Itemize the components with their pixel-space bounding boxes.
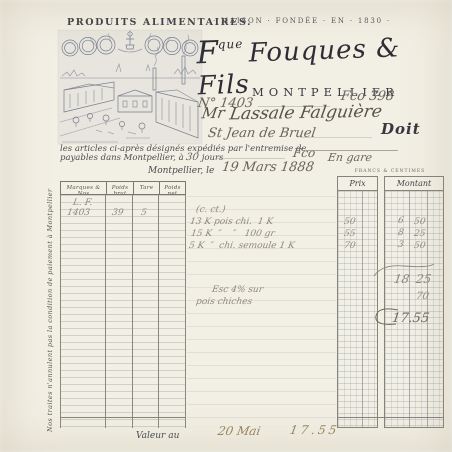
discount-line2: pois chiches — [195, 297, 253, 307]
price-header: Prix — [338, 177, 377, 191]
factory-illustration — [56, 26, 204, 148]
terms-dash — [215, 158, 285, 159]
left-table-bottom-rule — [60, 417, 186, 418]
discount-amount: 70 — [415, 291, 429, 302]
mark-number: 1403 — [66, 208, 90, 218]
item-desc-3: 5 K ″ chi. semoule 1 K — [188, 241, 295, 251]
weight-tare: 5 — [140, 208, 147, 218]
client-salutation: Mr — [201, 104, 226, 122]
dateline-label: Montpellier, le — [148, 166, 214, 176]
side-note: Nos traites n'annulent pas la condition … — [46, 188, 54, 432]
item-amount-fr-1: 6 — [397, 216, 404, 226]
price-subdivider — [362, 191, 363, 427]
col-brut — [106, 195, 133, 428]
terms-line2-text: payables dans Montpellier, à — [60, 153, 184, 163]
col-net-header: Poids net — [159, 181, 186, 195]
doit-label: Doit — [381, 120, 421, 138]
discount-line1: Esc 4% sur — [211, 285, 264, 295]
item-amount-ct-3: 50 — [413, 241, 426, 251]
invoice-document: Produits Alimentaires. · Maison · Fondée… — [0, 0, 452, 452]
money-caption: Francs & Centimes — [340, 169, 440, 174]
weights-table-header: Marques & Nos Poids brut Tare Poids net — [60, 181, 186, 195]
amount-subdivider-1 — [409, 191, 410, 427]
item-price-3: 70 — [343, 241, 356, 251]
town-rule — [300, 137, 372, 138]
value-amount: 17.55 — [289, 423, 341, 437]
weight-brut: 39 — [111, 208, 124, 218]
mark-initials: L. F. — [72, 198, 93, 208]
terms-fco: Fco — [292, 146, 316, 160]
col-marques — [60, 195, 106, 428]
col-tare-header: Tare — [133, 181, 159, 195]
dateline-date: 19 Mars 1888 — [221, 160, 315, 175]
amount-subdivider-2 — [427, 191, 428, 427]
value-label: Valeur au — [136, 431, 179, 441]
amount-column: Montant — [384, 176, 444, 428]
col-marques-header: Marques & Nos — [60, 181, 106, 195]
col-tare — [133, 195, 159, 428]
client-name: Lassale Falguière — [228, 102, 383, 125]
col-brut-header: Poids brut — [106, 181, 133, 195]
value-date: 20 Mai — [217, 424, 262, 438]
item-price-1: 50 — [343, 217, 356, 227]
factory-engraving-svg — [56, 26, 204, 148]
price-column: Prix — [337, 176, 378, 428]
firm-abbrev: que — [218, 37, 244, 52]
item-amount-fr-2: 8 — [397, 228, 404, 238]
item-amount-fr-3: 3 — [397, 240, 404, 250]
item-desc-1: 13 K pois chi. 1 K — [189, 217, 274, 227]
weights-table-body — [60, 195, 186, 428]
founded-label: · Maison · Fondée · en · 1830 · — [213, 17, 391, 25]
en-gare: En gare — [327, 151, 373, 164]
total-amount: 17.55 — [391, 311, 430, 326]
terms-line2: payables dans Montpellier, à 30 jours — [60, 152, 223, 163]
subtotal-ct: 25 — [415, 272, 432, 286]
client-line: Mr Lassale Falguière — [202, 103, 381, 123]
col-net — [159, 195, 186, 428]
terms-days: 30 — [186, 152, 200, 163]
item-desc-2: 15 K ″ ″ 100 gr — [190, 229, 275, 239]
item-note: (c. ct.) — [195, 205, 226, 215]
item-amount-ct-2: 25 — [413, 229, 426, 239]
item-price-2: 55 — [343, 229, 356, 239]
client-town: St Jean de Bruel — [207, 126, 317, 141]
terms-line1-blank — [306, 142, 398, 151]
amount-header: Montant — [385, 177, 443, 191]
right-table-bottom-rule — [337, 417, 444, 418]
item-amount-ct-1: 50 — [413, 217, 426, 227]
subtotal-fr: 18 — [393, 272, 410, 286]
